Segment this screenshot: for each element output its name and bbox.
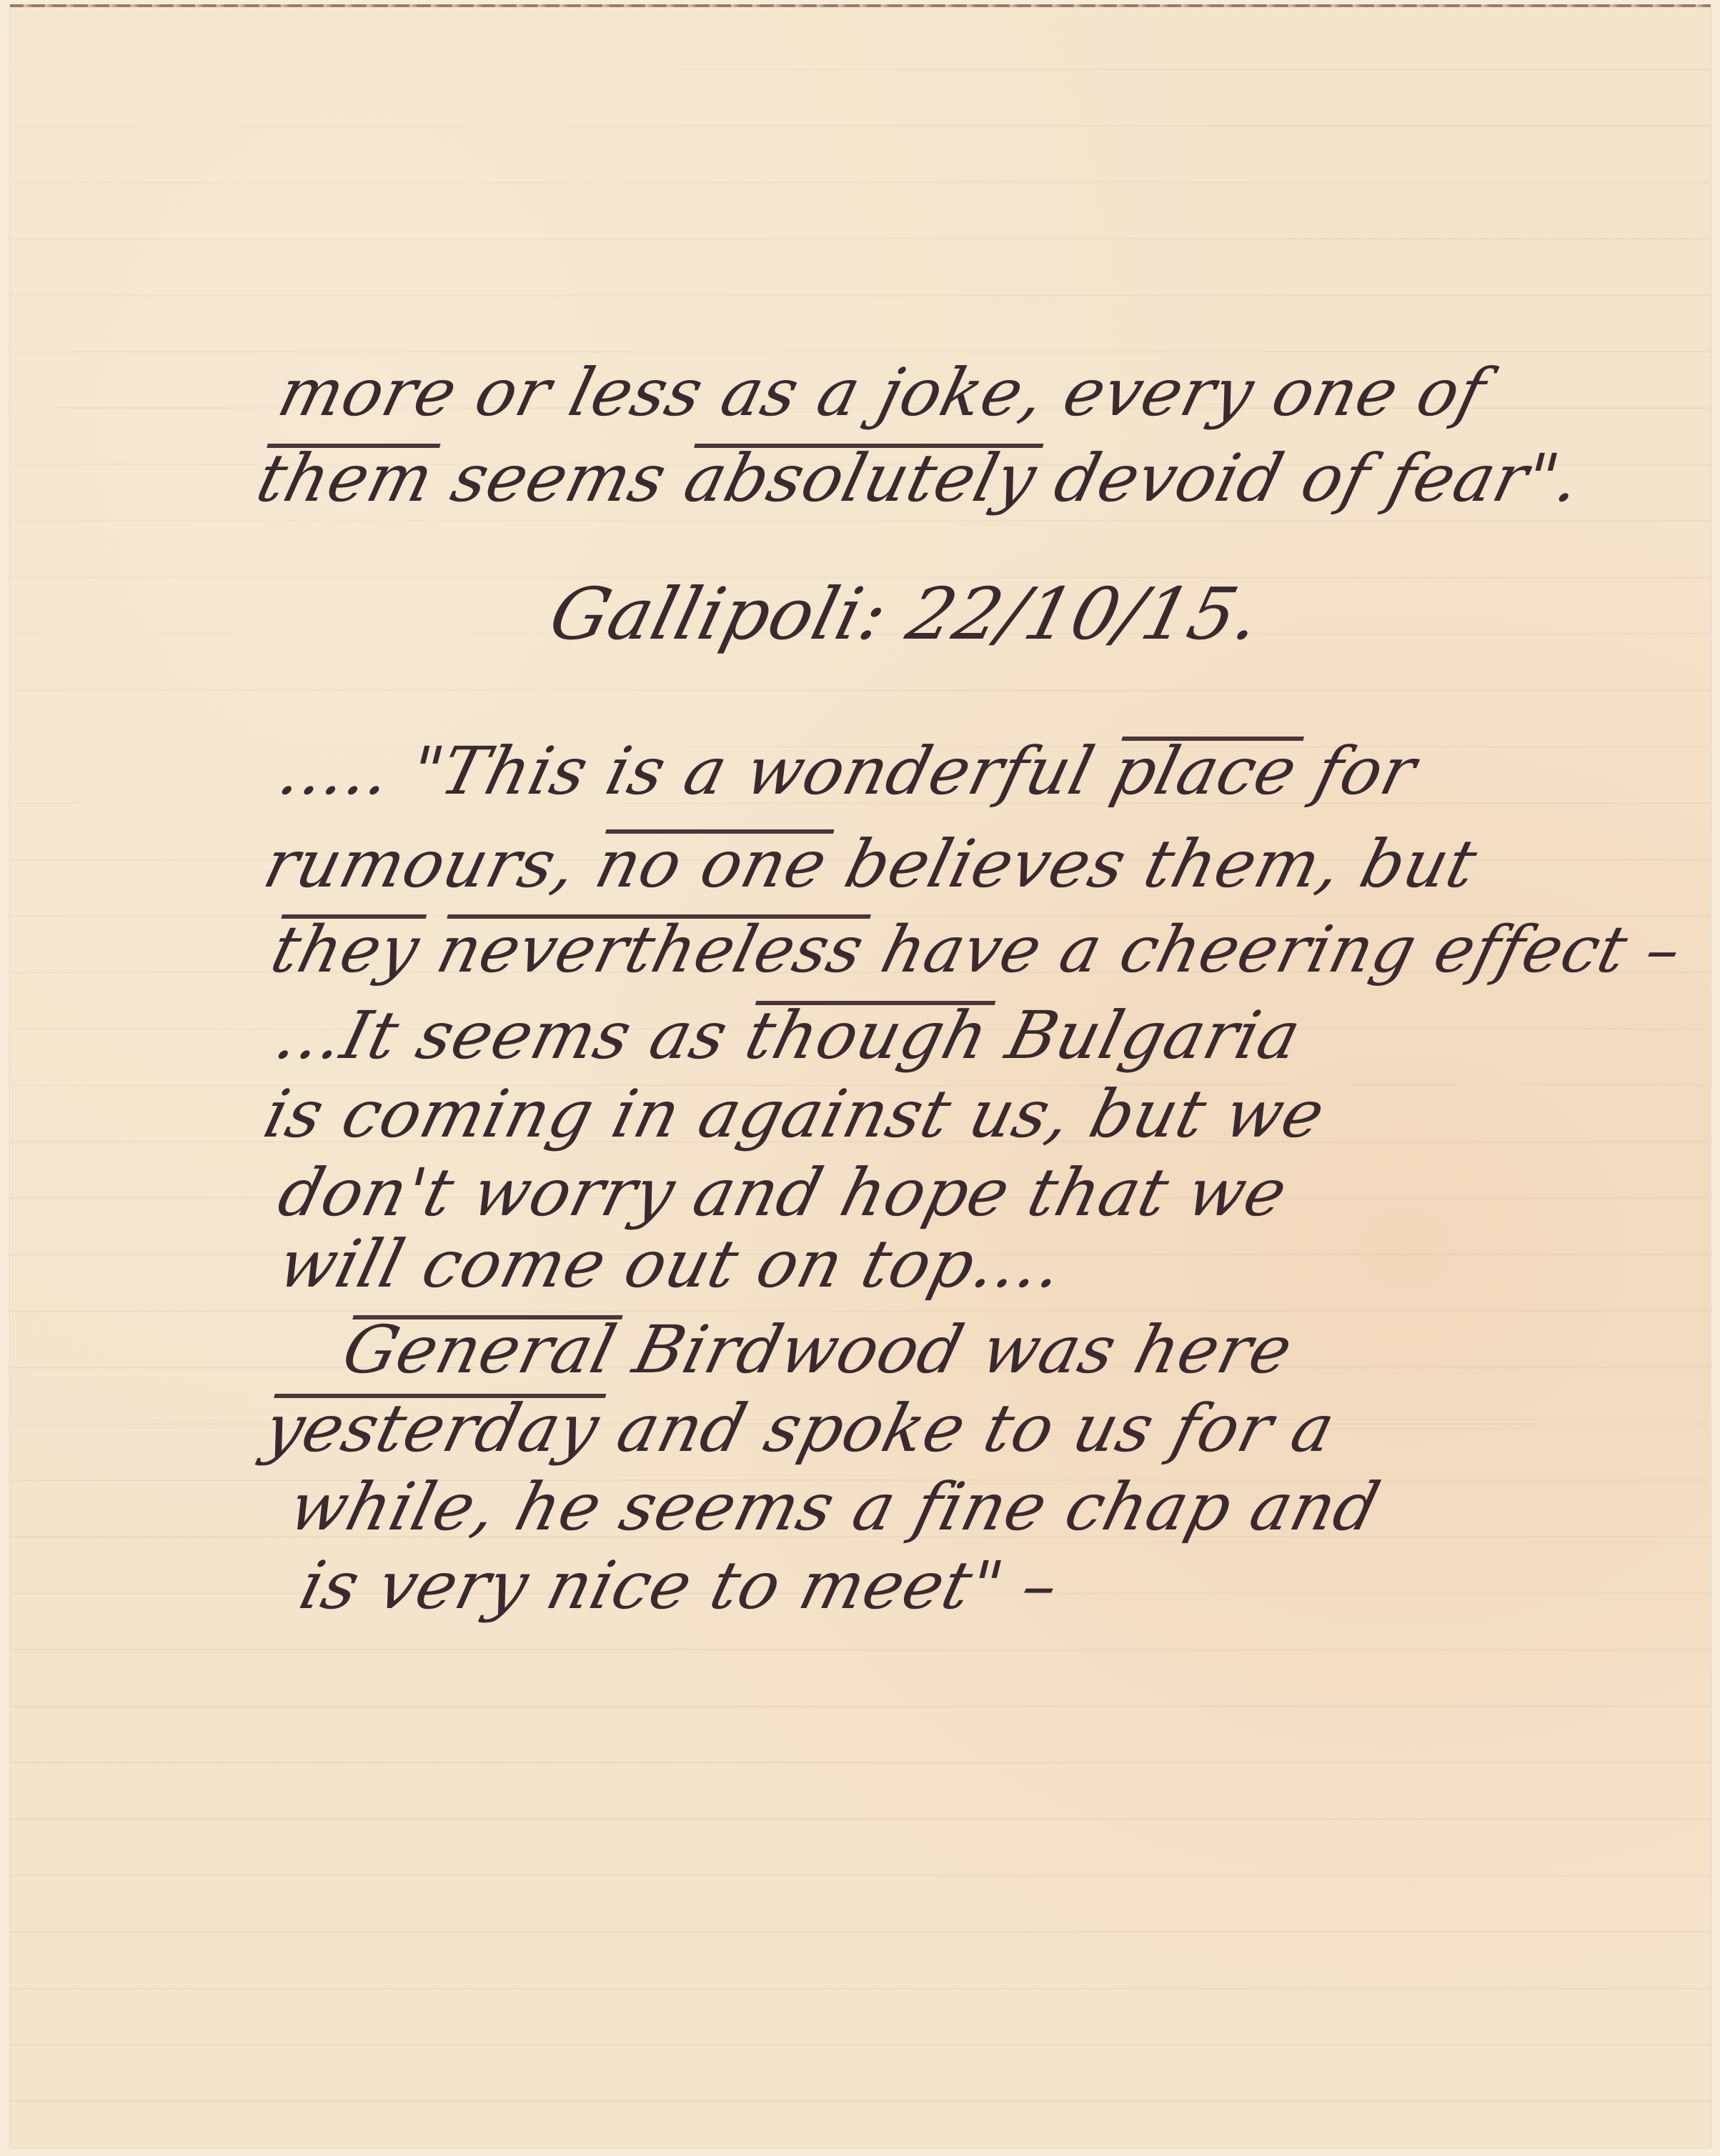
underlined-word: they: [264, 912, 427, 987]
text-segment: seems: [422, 440, 696, 516]
text-segment: Gallipoli: 22/10/15.: [542, 572, 1270, 656]
text-segment: devoid of fear".: [1025, 440, 1589, 516]
text-line: they nevertheless have a cheering effect…: [264, 914, 1689, 986]
text-line: rumours, no one believes them, but: [257, 829, 1484, 900]
text-segment: don't worry and hope that we: [271, 1154, 1295, 1231]
text-line: is very nice to meet" –: [293, 1550, 1066, 1622]
underlined-word: them: [249, 440, 442, 516]
text-segment: and spoke to us for a: [588, 1390, 1343, 1467]
underlined-word: place: [1104, 733, 1305, 809]
underlined-word: General: [335, 1312, 624, 1388]
text-segment: more or less as a joke, every one of: [271, 354, 1493, 431]
text-segment: rumours,: [257, 826, 607, 902]
text-segment: …It seems as: [267, 997, 757, 1074]
text-line: General Birdwood was here: [336, 1314, 1300, 1386]
underlined-word: nevertheless: [429, 912, 871, 987]
text-line: while, he seems a fine chap and: [282, 1472, 1387, 1543]
text-line: is coming in against us, but we: [257, 1079, 1332, 1150]
underlined-word: though: [738, 997, 997, 1074]
text-segment: will come out on top….: [271, 1226, 1071, 1302]
underlined-word: absolutely: [677, 440, 1045, 516]
text-segment: for: [1286, 733, 1424, 809]
text-line: will come out on top….: [272, 1229, 1070, 1300]
date-line: Gallipoli: 22/10/15.: [543, 579, 1268, 650]
text-segment: Birdwood was here: [605, 1312, 1301, 1388]
text-segment: is very nice to meet" –: [292, 1547, 1066, 1624]
text-segment: believes them, but: [816, 826, 1485, 902]
text-segment: while, he seems a fine chap and: [282, 1469, 1387, 1545]
underlined-word: yesterday: [257, 1390, 607, 1467]
text-line: don't worry and hope that we: [272, 1157, 1294, 1229]
text-line: them seems absolutely devoid of fear".: [250, 443, 1589, 514]
text-segment: have a cheering effect –: [853, 912, 1690, 987]
text-segment: is coming in against us, but we: [257, 1076, 1333, 1152]
text-segment: ….. "This is a wonderful: [271, 733, 1123, 809]
text-line: more or less as a joke, every one of: [272, 357, 1493, 429]
text-line: ….. "This is a wonderful place for: [272, 736, 1423, 807]
text-line: yesterday and spoke to us for a: [257, 1393, 1342, 1464]
text-segment: Bulgaria: [978, 997, 1308, 1074]
text-line: …It seems as though Bulgaria: [268, 1000, 1308, 1072]
underlined-word: no one: [588, 826, 835, 902]
torn-top-edge: [10, 4, 1711, 7]
